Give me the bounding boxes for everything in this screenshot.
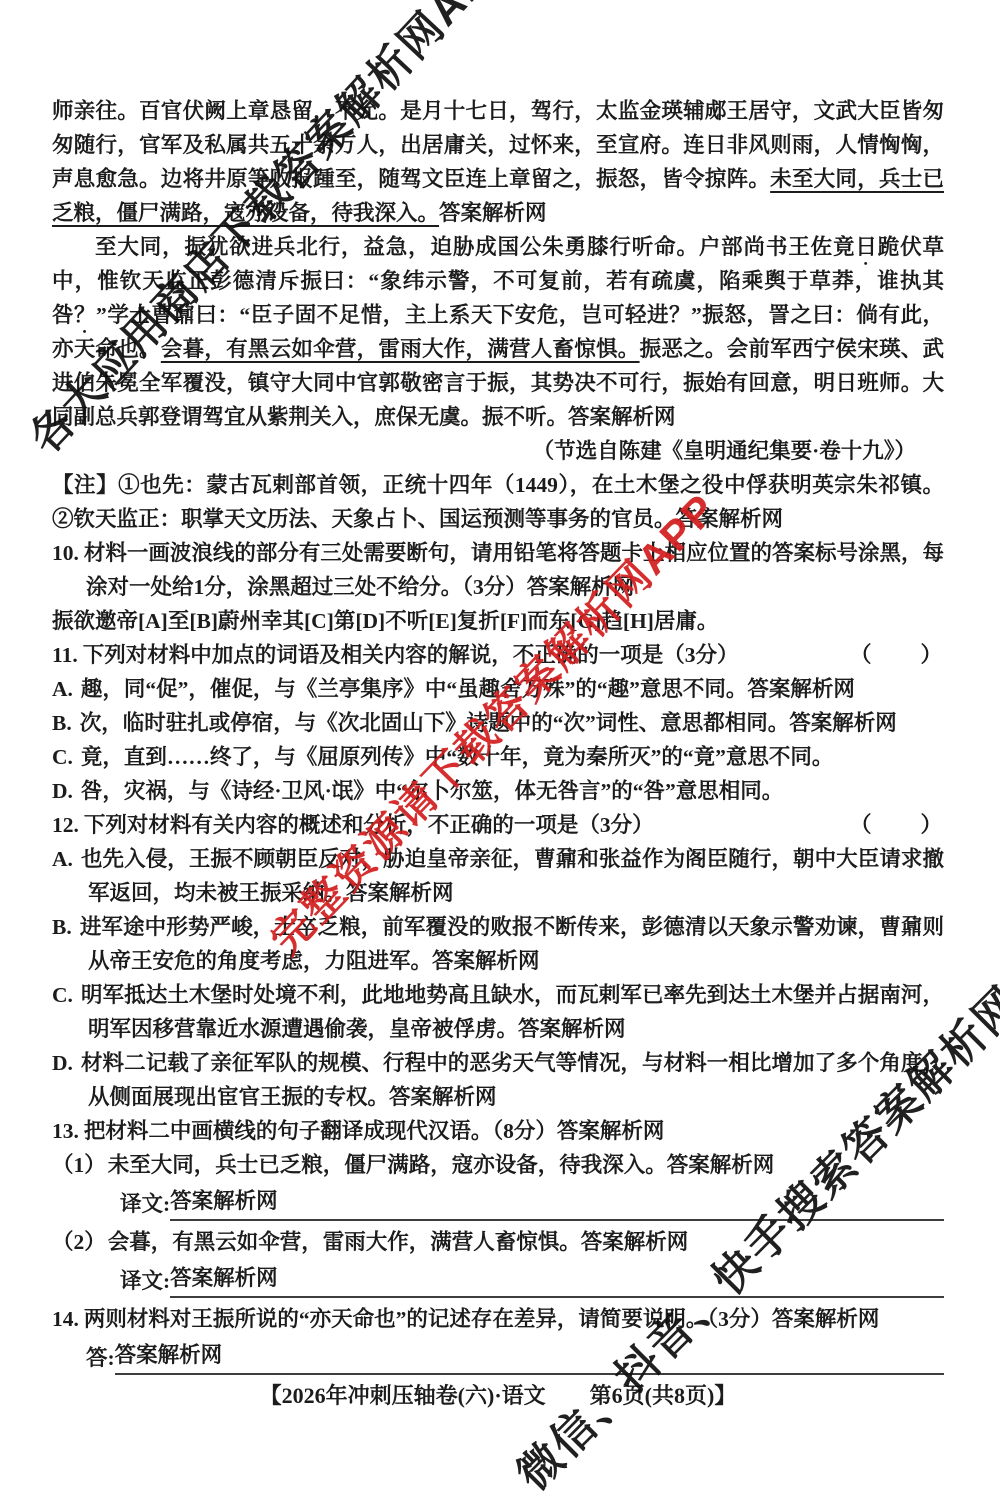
emphasis-dot-character: 竟 [833, 235, 855, 259]
option-text: 趣，同“促”，催促，与《兰亭集序》中“虽趣舍万殊”的“趣”意思不同。答案解析网 [81, 677, 855, 701]
option-text: 也先入侵，王振不顾朝臣反对，胁迫皇帝亲征，曹鼐和张益作为阁臣随行，朝中大臣请求撤… [81, 847, 944, 905]
item-text: 未至大同，兵士已乏粮，僵尸满路，寇亦设备，待我深入。答案解析网 [108, 1153, 775, 1177]
option-label: C. [52, 983, 73, 1007]
material-two-paragraph-2: 至大同，振犹欲进兵北行，益急，迫胁成国公朱勇膝行听命。户部尚书王佐竟日跪伏草中，… [52, 230, 944, 434]
question-10-stem: 材料一画波浪线的部分有三处需要断句，请用铅笔将答题卡上相应位置的答案标号涂黑，每… [84, 541, 944, 599]
answer-placeholder-text: 答案解析网 [170, 1266, 278, 1290]
answer-label: 答: [86, 1341, 115, 1375]
option-label: B. [52, 711, 72, 735]
question-12-answer-bracket: （ ） [884, 808, 944, 842]
answer-blank-line: 答案解析网 [170, 1261, 944, 1298]
question-12-stem: 下列对材料有关内容的概述和分析，不正确的一项是（3分） [84, 813, 654, 837]
exam-page: 各大应用商店下载答案解析网APP 完整资源请下载答案解析网APP 微信、抖音、快… [0, 0, 1000, 1509]
translation-label: 译文: [120, 1187, 170, 1221]
question-11-option-b: B.次，临时驻扎或停宿，与《次北固山下》诗题中的“次”词性、意思都相同。答案解析… [52, 706, 944, 740]
option-text: 竟，直到……终了，与《屈原列传》中“数十年，竟为秦所灭”的“竟”意思不同。 [81, 745, 834, 769]
question-10-sentence: 振欲邀帝[A]至[B]蔚州幸其[C]第[D]不听[E]复折[F]而东[G]趋[H… [52, 604, 944, 638]
question-13-number: 13. [52, 1119, 79, 1143]
page-content: 师亲往。百官伏阙上章恳留，不允。是月十七日，驾行，太监金瑛辅郕王居守，文武大臣皆… [52, 94, 944, 1413]
question-13: 13.把材料二中画横线的句子翻译成现代汉语。（8分）答案解析网 （1）未至大同，… [52, 1114, 944, 1298]
option-label: C. [52, 745, 73, 769]
question-11-stem: 下列对材料中加点的词语及相关内容的解说，不正确的一项是（3分） [83, 643, 739, 667]
item-label: （2） [52, 1230, 106, 1254]
option-label: D. [52, 779, 73, 803]
question-14-stem: 两则材料对王振所说的“亦天命也”的记述存在差异，请简要说明。（3分）答案解析网 [84, 1307, 880, 1331]
answer-blank-line: 答案解析网 [115, 1338, 944, 1375]
question-14: 14.两则材料对王振所说的“亦天命也”的记述存在差异，请简要说明。（3分）答案解… [52, 1302, 944, 1375]
question-12-stem-line: （ ）12.下列对材料有关内容的概述和分析，不正确的一项是（3分） [52, 808, 944, 842]
question-13-answer-line-2: 译文: 答案解析网 [120, 1261, 944, 1298]
question-10-stem-line: 10.材料一画波浪线的部分有三处需要断句，请用铅笔将答题卡上相应位置的答案标号涂… [52, 536, 944, 604]
question-14-stem-line: 14.两则材料对王振所说的“亦天命也”的记述存在差异，请简要说明。（3分）答案解… [52, 1302, 944, 1336]
question-13-item-1: （1）未至大同，兵士已乏粮，僵尸满路，寇亦设备，待我深入。答案解析网 [52, 1148, 944, 1182]
question-13-stem: 把材料二中画横线的句子翻译成现代汉语。（8分）答案解析网 [84, 1119, 665, 1143]
footnote: 【注】①也先：蒙古瓦剌部首领，正统十四年（1449），在土木堡之役中俘获明英宗朱… [52, 468, 944, 536]
question-14-answer-line: 答: 答案解析网 [86, 1338, 944, 1375]
question-13-stem-line: 13.把材料二中画横线的句子翻译成现代汉语。（8分）答案解析网 [52, 1114, 944, 1148]
text-segment: 至大同，振犹欲进兵北行，益急，迫胁成国公朱勇膝行听命。户部尚书王佐 [95, 235, 833, 259]
text-segment: 答案解析网 [439, 201, 547, 225]
item-label: （1） [52, 1153, 106, 1177]
question-11-option-a: A.趣，同“促”，催促，与《兰亭集序》中“虽趣舍万殊”的“趣”意思不同。答案解析… [52, 672, 944, 706]
option-text: 材料二记载了亲征军队的规模、行程中的恶劣天气等情况，与材料一相比增加了多个角度，… [81, 1051, 944, 1109]
question-12: （ ）12.下列对材料有关内容的概述和分析，不正确的一项是（3分） A.也先入侵… [52, 808, 944, 1114]
translation-label: 译文: [120, 1264, 170, 1298]
question-12-number: 12. [52, 813, 79, 837]
question-12-option-c: C.明军抵达土木堡时处境不利，此地地势高且缺水，而瓦剌军已率先到达土木堡并占据南… [52, 978, 944, 1046]
question-12-option-a: A.也先入侵，王振不顾朝臣反对，胁迫皇帝亲征，曹鼐和张益作为阁臣随行，朝中大臣请… [52, 842, 944, 910]
option-label: D. [52, 1051, 73, 1075]
question-10-number: 10. [52, 541, 79, 565]
option-label: B. [52, 915, 72, 939]
option-text: 咎，灾祸，与《诗经·卫风·氓》中“尔卜尔筮，体无咎言”的“咎”意思相同。 [81, 779, 783, 803]
underlined-text-segment: 会暮，有黑云如伞营，雷雨大作，满营人畜惊惧。 [161, 337, 640, 361]
question-13-answer-line-1: 译文: 答案解析网 [120, 1184, 944, 1221]
option-text: 次，临时驻扎或停宿，与《次北固山下》诗题中的“次”词性、意思都相同。答案解析网 [80, 711, 897, 735]
source-attribution: （节选自陈建《皇明通纪集要·卷十九》） [52, 434, 944, 468]
item-text: 会暮，有黑云如伞营，雷雨大作，满营人畜惊惧。答案解析网 [108, 1230, 689, 1254]
answer-placeholder-text: 答案解析网 [115, 1343, 223, 1367]
emphasis-dot-character: 咎 [52, 303, 74, 327]
question-11-stem-line: （ ）11.下列对材料中加点的词语及相关内容的解说，不正确的一项是（3分） [52, 638, 944, 672]
material-two-paragraph-1: 师亲往。百官伏阙上章恳留，不允。是月十七日，驾行，太监金瑛辅郕王居守，文武大臣皆… [52, 94, 944, 230]
question-12-option-d: D.材料二记载了亲征军队的规模、行程中的恶劣天气等情况，与材料一相比增加了多个角… [52, 1046, 944, 1114]
option-label: A. [52, 677, 73, 701]
question-10: 10.材料一画波浪线的部分有三处需要断句，请用铅笔将答题卡上相应位置的答案标号涂… [52, 536, 944, 638]
question-11-answer-bracket: （ ） [884, 638, 944, 672]
question-11-option-c: C.竟，直到……终了，与《屈原列传》中“数十年，竟为秦所灭”的“竟”意思不同。 [52, 740, 944, 774]
page-footer: 【2026年冲刺压轴卷(六)·语文 第6页(共8页)】 [52, 1379, 944, 1413]
question-14-number: 14. [52, 1307, 79, 1331]
question-11-number: 11. [52, 643, 78, 667]
option-text: 明军抵达土木堡时处境不利，此地地势高且缺水，而瓦剌军已率先到达土木堡并占据南河，… [81, 983, 944, 1041]
question-11: （ ）11.下列对材料中加点的词语及相关内容的解说，不正确的一项是（3分） A.… [52, 638, 944, 808]
answer-placeholder-text: 答案解析网 [170, 1189, 278, 1213]
option-text: 进军途中形势严峻，士卒乏粮，前军覆没的败报不断传来，彭德清以天象示警劝谏，曹鼐则… [80, 915, 944, 973]
question-12-option-b: B.进军途中形势严峻，士卒乏粮，前军覆没的败报不断传来，彭德清以天象示警劝谏，曹… [52, 910, 944, 978]
option-label: A. [52, 847, 73, 871]
question-11-option-d: D.咎，灾祸，与《诗经·卫风·氓》中“尔卜尔筮，体无咎言”的“咎”意思相同。 [52, 774, 944, 808]
answer-blank-line: 答案解析网 [170, 1184, 944, 1221]
question-13-item-2: （2）会暮，有黑云如伞营，雷雨大作，满营人畜惊惧。答案解析网 [52, 1225, 944, 1259]
